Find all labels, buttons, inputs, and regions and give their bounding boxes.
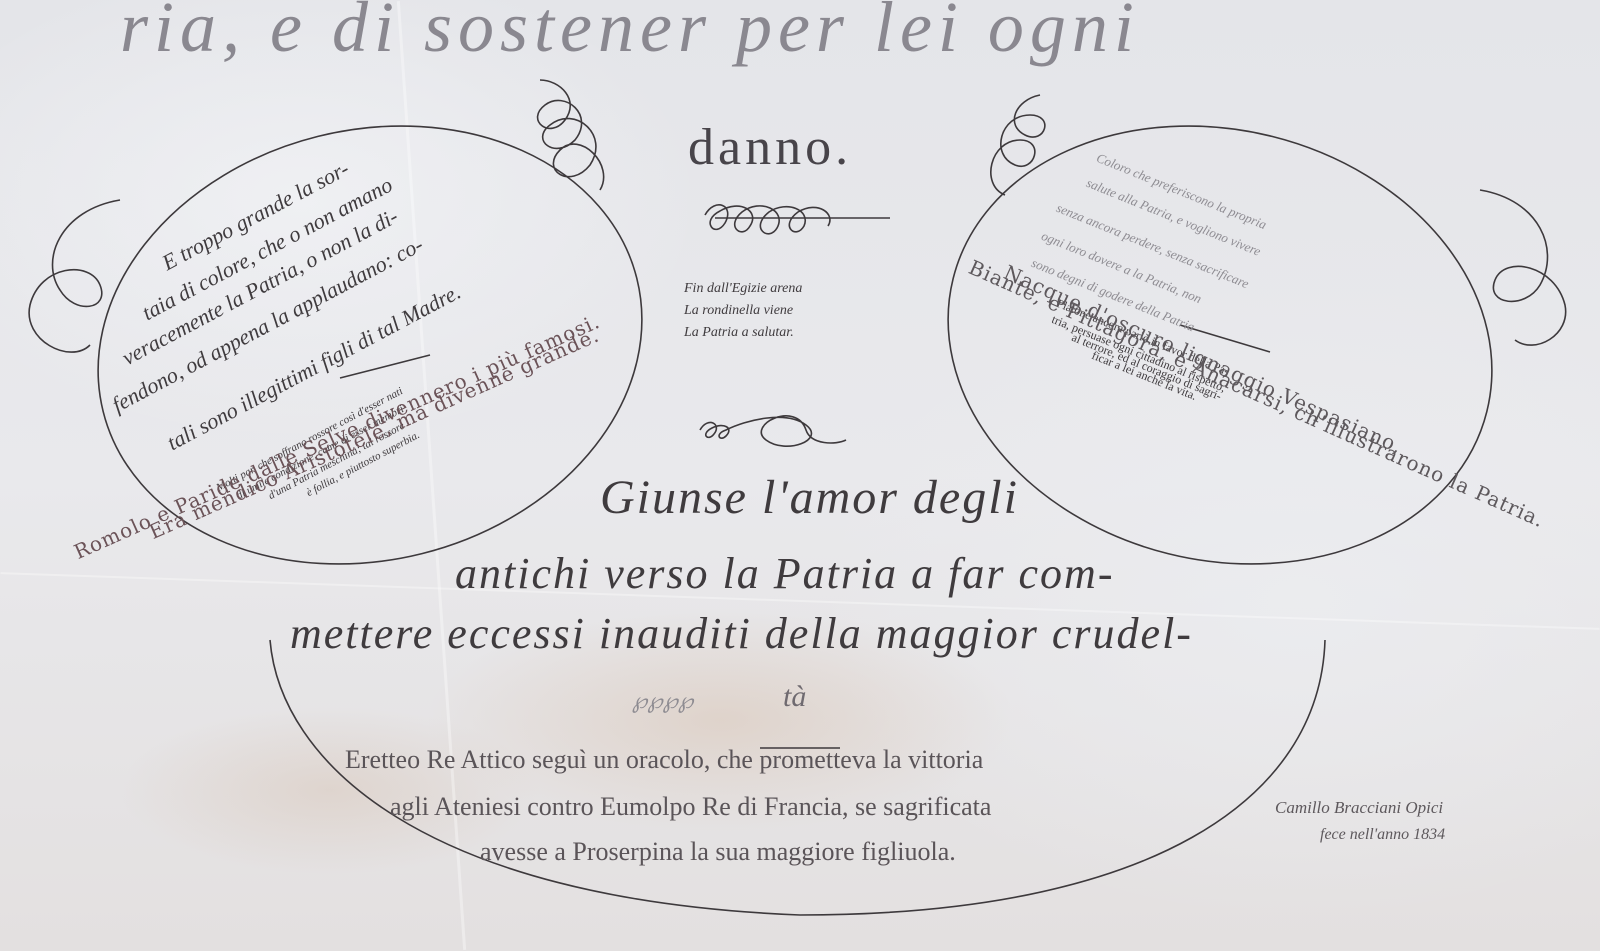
main-body-line: tà <box>783 680 806 714</box>
signature-name: Camillo Bracciani Opici <box>1275 798 1443 818</box>
center-verse-block: Fin dall'Egizie arena La rondinella vien… <box>684 278 802 344</box>
main-body-line: mettere eccessi inauditi della maggior c… <box>290 608 1193 659</box>
bottom-oval-line: avesse a Proserpina la sua maggiore figl… <box>480 837 956 867</box>
center-verse-line: Fin dall'Egizie arena <box>684 278 802 300</box>
left-loops-flourish <box>538 80 604 190</box>
loop-flourish-text: ℘℘℘℘ <box>632 688 693 714</box>
bottom-oval-line: Eretteo Re Attico seguì un oracolo, che … <box>345 745 983 775</box>
header-center-word: danno. <box>688 118 852 177</box>
left-swirl-flourish <box>29 200 120 352</box>
header-top-line: ria, e di sostener per lei ogni <box>120 0 1140 69</box>
loop-flourish <box>705 205 830 234</box>
center-flourish <box>700 416 846 446</box>
signature-date: fece nell'anno 1834 <box>1320 826 1445 844</box>
main-body-line: Giunse l'amor degli <box>600 470 1019 525</box>
right-swirl-flourish <box>1480 190 1566 345</box>
bottom-oval-line: agli Ateniesi contro Eumolpo Re di Franc… <box>390 792 991 822</box>
center-verse-line: La Patria a salutar. <box>684 322 802 344</box>
center-verse-line: La rondinella viene <box>684 300 802 322</box>
main-body-line: antichi verso la Patria a far com- <box>455 548 1115 599</box>
